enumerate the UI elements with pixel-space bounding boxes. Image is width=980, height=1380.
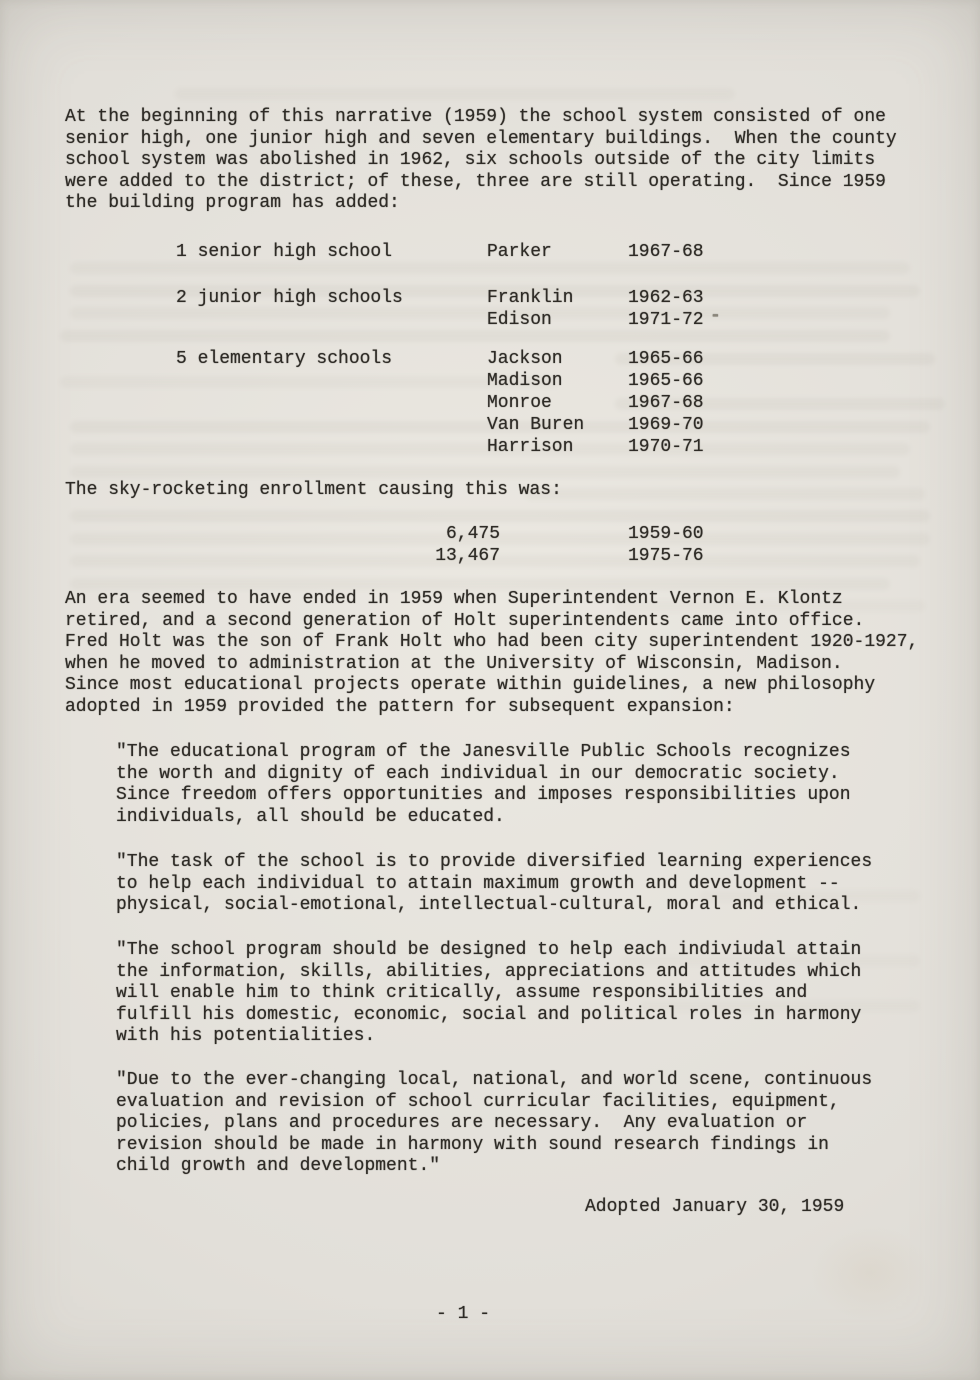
philosophy-quote-4: "Due to the ever-changing local, nationa… (116, 1070, 872, 1178)
building-group-label: 1 senior high school (176, 242, 392, 264)
pencil-mark: - (710, 306, 721, 328)
adopted-date-line: Adopted January 30, 1959 (585, 1197, 844, 1219)
building-row: 5 elementary schools Jackson 1965-66 (0, 349, 980, 371)
scanned-document-page: At the beginning of this narrative (1959… (0, 0, 980, 1380)
bleedthrough-smudge (525, 488, 925, 500)
school-year: 1965-66 (628, 371, 704, 393)
philosophy-quote-3: "The school program should be designed t… (116, 940, 861, 1048)
enrollment-intro: The sky-rocketing enrollment causing thi… (65, 480, 562, 502)
school-name: Van Buren (487, 415, 584, 437)
bleedthrough-smudge (70, 466, 900, 478)
building-row: 1 senior high school Parker 1967-68 (0, 242, 980, 264)
school-year: 1971-72 (628, 310, 704, 332)
philosophy-quote-2: "The task of the school is to provide di… (116, 852, 872, 917)
era-paragraph: An era seemed to have ended in 1959 when… (65, 589, 918, 719)
enrollment-row: 6,475 1959-60 (0, 524, 980, 546)
building-row: 2 junior high schools Franklin 1962-63 (0, 288, 980, 310)
school-name: Madison (487, 371, 563, 393)
building-row: Monroe 1967-68 (0, 393, 980, 415)
school-name: Parker (487, 242, 552, 264)
building-group-label: 2 junior high schools (176, 288, 403, 310)
school-year: 1965-66 (628, 349, 704, 371)
intro-paragraph: At the beginning of this narrative (1959… (65, 107, 897, 215)
enrollment-year: 1959-60 (628, 524, 704, 546)
building-group-label: 5 elementary schools (176, 349, 392, 371)
school-year: 1970-71 (628, 437, 704, 459)
building-row: Harrison 1970-71 (0, 437, 980, 459)
philosophy-quote-1: "The educational program of the Janesvil… (116, 742, 851, 828)
enrollment-year: 1975-76 (628, 546, 704, 568)
enrollment-row: 13,467 1975-76 (0, 546, 980, 568)
enrollment-count: 6,475 (396, 524, 500, 546)
school-name: Jackson (487, 349, 563, 371)
school-year: 1967-68 (628, 393, 704, 415)
school-year: 1967-68 (628, 242, 704, 264)
building-row: Van Buren 1969-70 (0, 415, 980, 437)
building-row: Madison 1965-66 (0, 371, 980, 393)
school-name: Harrison (487, 437, 573, 459)
bleedthrough-smudge (175, 88, 735, 100)
school-name: Franklin (487, 288, 573, 310)
building-row: Edison 1971-72 - (0, 310, 980, 332)
school-year: 1969-70 (628, 415, 704, 437)
enrollment-count: 13,467 (396, 546, 500, 568)
page-number: - 1 - (436, 1304, 490, 1326)
paper-stain (810, 1225, 930, 1320)
school-name: Monroe (487, 393, 552, 415)
bleedthrough-smudge (70, 510, 930, 522)
school-year: 1962-63 (628, 288, 704, 310)
school-name: Edison (487, 310, 552, 332)
